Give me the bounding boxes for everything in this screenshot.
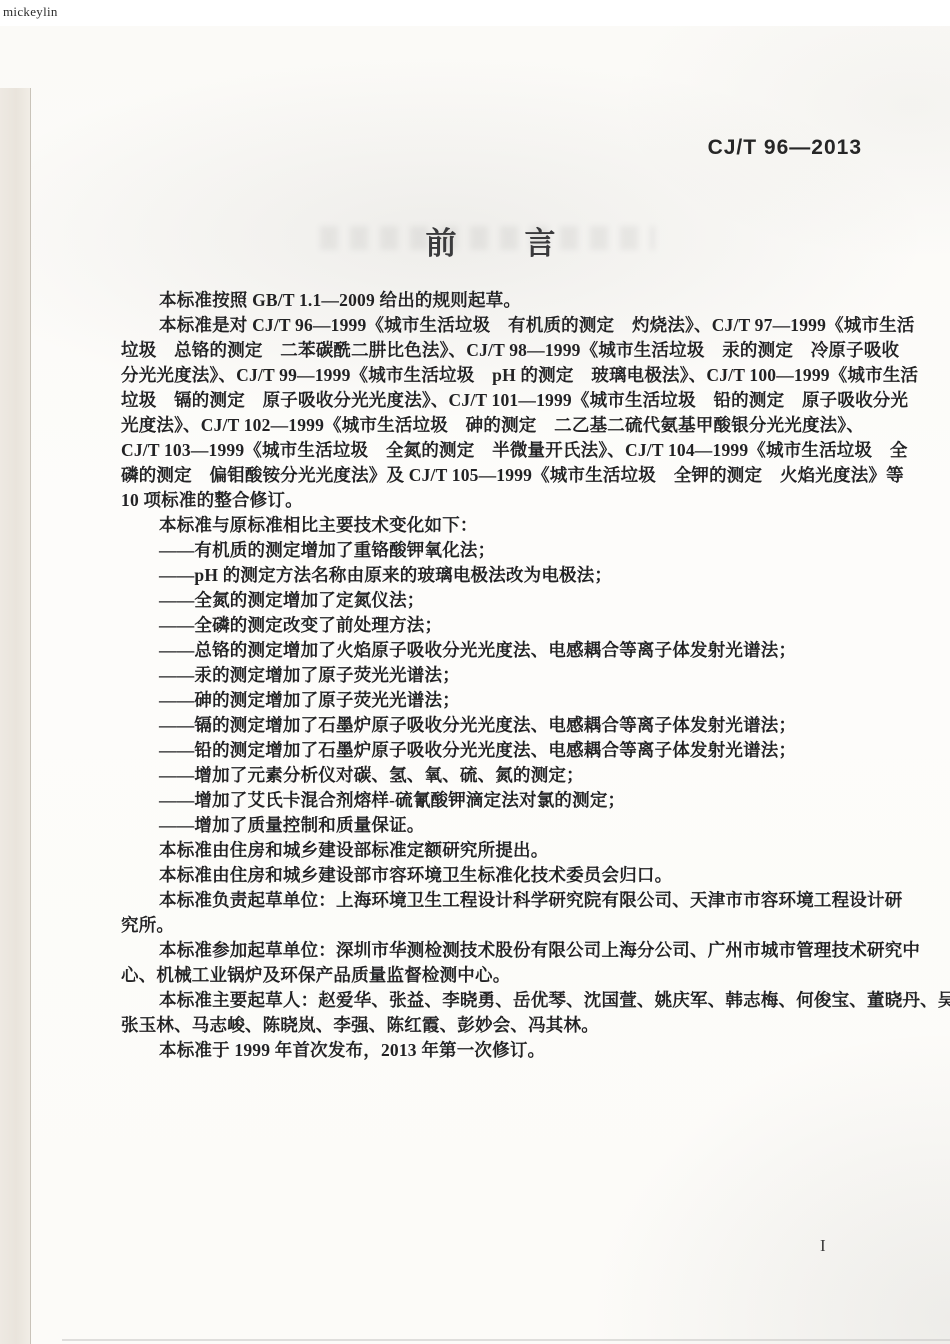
text-line: 本标准与原标准相比主要技术变化如下： xyxy=(121,513,865,538)
text-line: 本标准是对 CJ/T 96—1999《城市生活垃圾 有机质的测定 灼烧法》、CJ… xyxy=(121,313,865,338)
change-list-item: ——砷的测定增加了原子荧光光谱法； xyxy=(121,688,865,713)
change-list-item: ——总铬的测定增加了火焰原子吸收分光光度法、电感耦合等离子体发射光谱法； xyxy=(121,638,865,663)
text-line: 本标准主要起草人：赵爱华、张益、李晓勇、岳优琴、沈国萱、姚庆军、韩志梅、何俊宝、… xyxy=(121,988,865,1013)
text-line: 本标准由住房和城乡建设部市容环境卫生标准化技术委员会归口。 xyxy=(121,863,865,888)
text-line: 垃圾 镉的测定 原子吸收分光光度法》、CJ/T 101—1999《城市生活垃圾 … xyxy=(121,388,865,413)
change-list-item: ——全氮的测定增加了定氮仪法； xyxy=(121,588,865,613)
watermark-text: mickeylin xyxy=(3,4,58,20)
text-line: CJ/T 103—1999《城市生活垃圾 全氮的测定 半微量开氏法》、CJ/T … xyxy=(121,438,865,463)
text-line: 究所。 xyxy=(121,913,865,938)
page-number: I xyxy=(820,1236,826,1256)
text-line: 本标准负责起草单位：上海环境卫生工程设计科学研究院有限公司、天津市市容环境工程设… xyxy=(121,888,865,913)
text-line: 本标准于 1999 年首次发布，2013 年第一次修订。 xyxy=(121,1038,865,1063)
change-list-item: ——pH 的测定方法名称由原来的玻璃电极法改为电极法； xyxy=(121,563,865,588)
change-list-item: ——汞的测定增加了原子荧光光谱法； xyxy=(121,663,865,688)
change-list-item: ——增加了艾氏卡混合剂熔样-硫氰酸钾滴定法对氯的测定； xyxy=(121,788,865,813)
text-line: 10 项标准的整合修订。 xyxy=(121,488,865,513)
change-list-item: ——增加了质量控制和质量保证。 xyxy=(121,813,865,838)
text-line: 心、机械工业锅炉及环保产品质量监督检测中心。 xyxy=(121,963,865,988)
change-list-item: ——全磷的测定改变了前处理方法； xyxy=(121,613,865,638)
book-edge-strip xyxy=(0,88,31,1344)
text-line: 分光光度法》、CJ/T 99—1999《城市生活垃圾 pH 的测定 玻璃电极法》… xyxy=(121,363,865,388)
text-line: 本标准按照 GB/T 1.1—2009 给出的规则起草。 xyxy=(121,288,865,313)
change-list-item: ——镉的测定增加了石墨炉原子吸收分光光度法、电感耦合等离子体发射光谱法； xyxy=(121,713,865,738)
change-list-item: ——铅的测定增加了石墨炉原子吸收分光光度法、电感耦合等离子体发射光谱法； xyxy=(121,738,865,763)
scanned-page: mickeylin CJ/T 96—2013 前 言 本标准按照 GB/T 1.… xyxy=(0,0,950,1344)
change-list-item: ——增加了元素分析仪对碳、氢、氧、硫、氮的测定； xyxy=(121,763,865,788)
foreword-body: 本标准按照 GB/T 1.1—2009 给出的规则起草。 本标准是对 CJ/T … xyxy=(121,288,865,1063)
text-line: 垃圾 总铬的测定 二苯碳酰二肼比色法》、CJ/T 98—1999《城市生活垃圾 … xyxy=(121,338,865,363)
text-line: 张玉林、马志峻、陈晓岚、李强、陈红霞、彭妙会、冯其林。 xyxy=(121,1013,865,1038)
text-line: 磷的测定 偏钼酸铵分光光度法》及 CJ/T 105—1999《城市生活垃圾 全钾… xyxy=(121,463,865,488)
standard-code: CJ/T 96—2013 xyxy=(0,136,862,160)
change-list-item: ——有机质的测定增加了重铬酸钾氧化法； xyxy=(121,538,865,563)
text-line: 本标准参加起草单位：深圳市华测检测技术股份有限公司上海分公司、广州市城市管理技术… xyxy=(121,938,865,963)
foreword-title: 前 言 xyxy=(121,218,862,263)
text-line: 光度法》、CJ/T 102—1999《城市生活垃圾 砷的测定 二乙基二硫代氨基甲… xyxy=(121,413,865,438)
text-line: 本标准由住房和城乡建设部标准定额研究所提出。 xyxy=(121,838,865,863)
scanner-edge-line xyxy=(62,1339,950,1341)
